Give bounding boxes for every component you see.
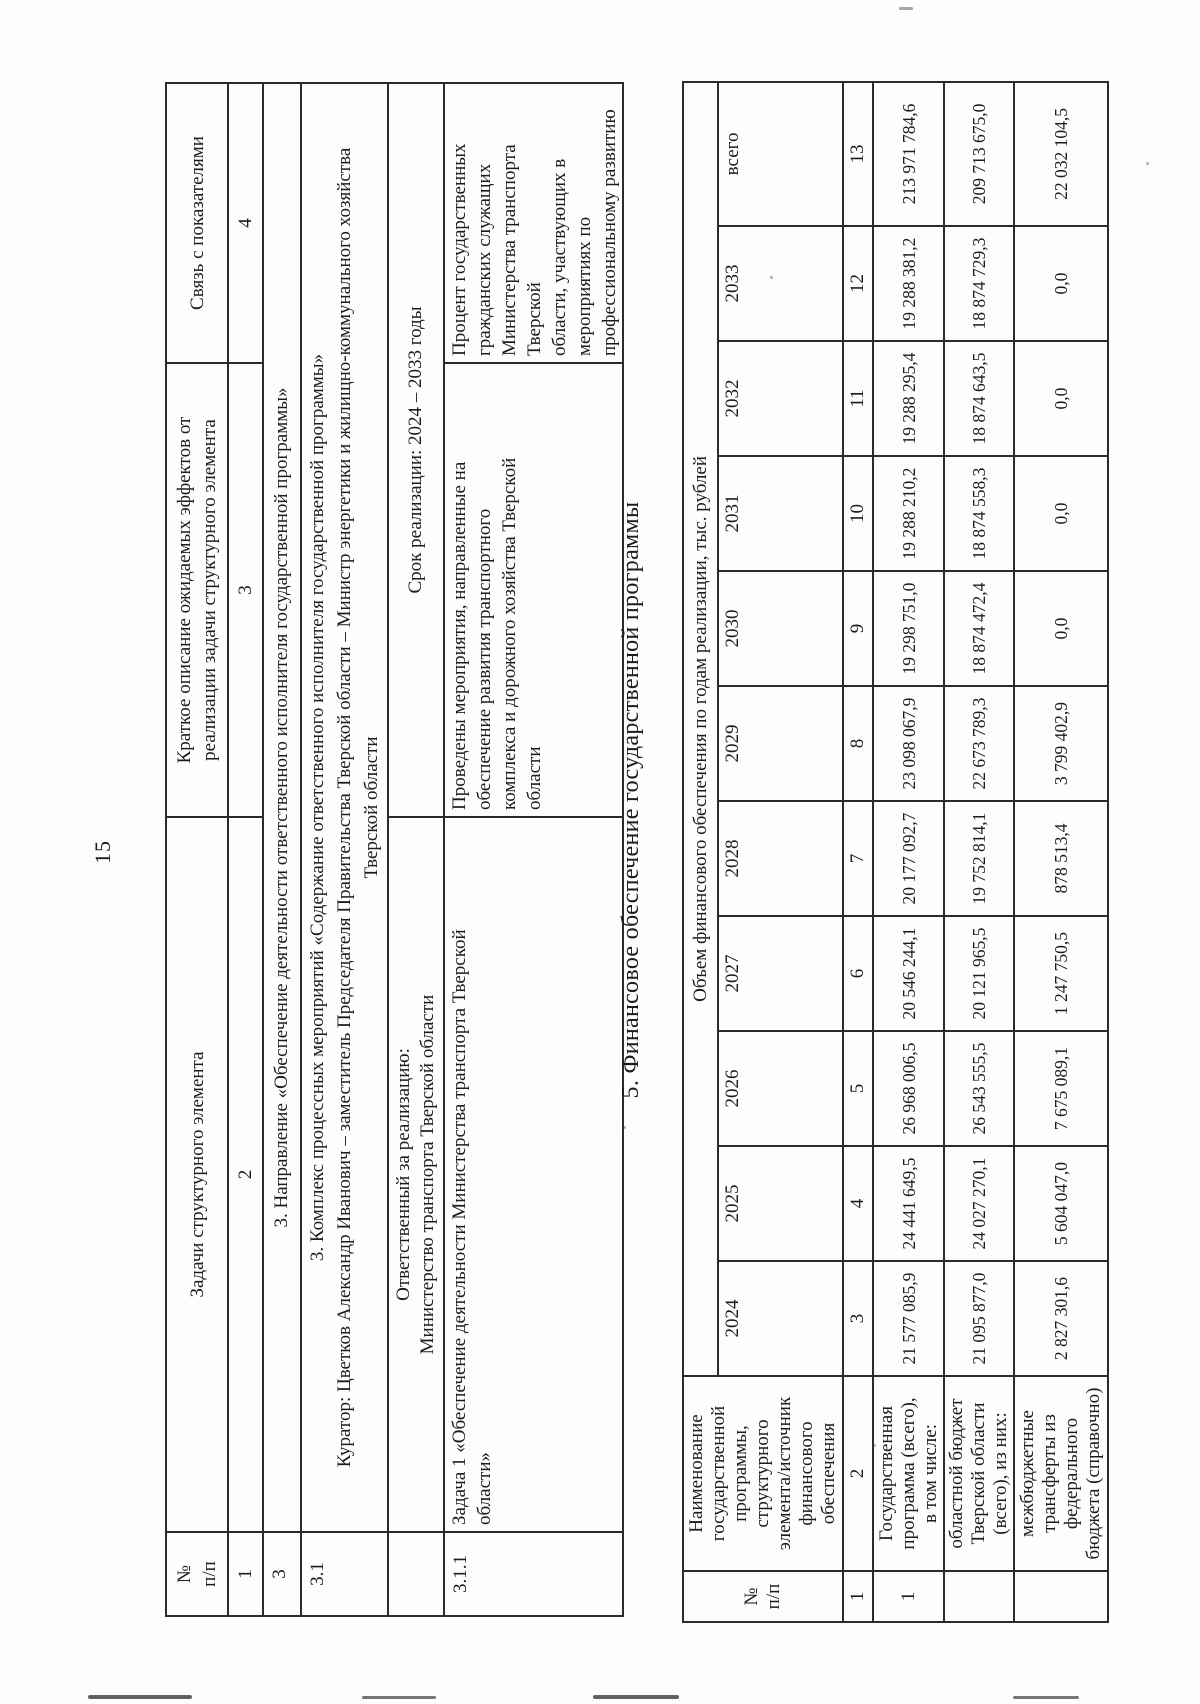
responsible-row: Ответственный за реализацию: Министерств…: [388, 83, 444, 1616]
value-cell: 18 874 472,4: [944, 571, 1014, 686]
value-cell: 23 098 067,9: [873, 686, 944, 801]
scan-artifact: [899, 7, 913, 10]
t1-header-tasks: Задачи структурного элемента: [166, 817, 228, 1532]
responsible-executor: Ответственный за реализацию: Министерств…: [388, 817, 444, 1532]
value-cell: 21 095 877,0: [944, 1261, 1014, 1376]
t2-colnum: 10: [843, 456, 873, 571]
t2-colnum: 5: [843, 1031, 873, 1146]
table2-span-header-row: № п/п Наименование государственной прогр…: [683, 82, 718, 1622]
row-label: областной бюджет Тверской области (всего…: [944, 1376, 1014, 1571]
t2-colnum: 12: [843, 226, 873, 341]
value-cell: 18 874 558,3: [944, 456, 1014, 571]
value-cell: 20 546 244,1: [873, 916, 944, 1031]
value-cell: 0,0: [1014, 571, 1108, 686]
value-cell: 24 027 270,1: [944, 1146, 1014, 1261]
value-cell: 26 968 006,5: [873, 1031, 944, 1146]
structural-elements-table: № п/п Задачи структурного элемента Кратк…: [165, 82, 624, 1617]
direction-title: 3. Направление «Обеспечение деятельности…: [263, 83, 301, 1532]
regional-budget-row: областной бюджет Тверской области (всего…: [944, 82, 1014, 1622]
value-cell: 24 441 649,5: [873, 1146, 944, 1261]
value-cell: 1 247 750,5: [1014, 916, 1108, 1031]
t1-colnum-2: 2: [228, 817, 263, 1532]
t1-colnum-3: 3: [228, 363, 263, 817]
year-2032: 2032: [718, 341, 843, 456]
value-cell: 26 543 555,5: [944, 1031, 1014, 1146]
table1-header-row: № п/п Задачи структурного элемента Кратк…: [166, 83, 228, 1616]
value-cell: 3 799 402,9: [1014, 686, 1108, 801]
t1-header-num: № п/п: [166, 1532, 228, 1616]
complex-number: 3.1: [301, 1532, 388, 1616]
table1-column-numbers-row: 1 2 3 4: [228, 83, 263, 1616]
t2-colnum: 2: [843, 1376, 873, 1571]
row-num-empty: [944, 1571, 1014, 1622]
t1-colnum-1: 1: [228, 1532, 263, 1616]
t2-colnum: 3: [843, 1261, 873, 1376]
financial-support-table: № п/п Наименование государственной прогр…: [682, 81, 1109, 1623]
row-num: 1: [873, 1571, 944, 1622]
value-cell: 2 827 301,6: [1014, 1261, 1108, 1376]
value-cell: 19 288 381,2: [873, 226, 944, 341]
row-label: Государственная программа (всего), в том…: [873, 1376, 944, 1571]
task-indicators: Процент государственных гражданских служ…: [444, 83, 623, 363]
table2-column-numbers-row: 1 2 3 4 5 6 7 8 9 10 11 12 13: [843, 82, 873, 1622]
value-cell: 213 971 784,6: [873, 82, 944, 226]
t1-header-effects: Краткое описание ожидаемых эффектов от р…: [166, 363, 228, 817]
t2-header-num: № п/п: [683, 1571, 843, 1622]
value-cell: 22 673 789,3: [944, 686, 1014, 801]
year-2025: 2025: [718, 1146, 843, 1261]
scan-artifact: [770, 276, 773, 279]
value-cell: 18 874 643,5: [944, 341, 1014, 456]
federal-transfers-row: межбюджетные трансферты из федерального …: [1014, 82, 1108, 1622]
t2-colnum: 8: [843, 686, 873, 801]
program-total-row: 1 Государственная программа (всего), в т…: [873, 82, 944, 1622]
year-2027: 2027: [718, 916, 843, 1031]
year-2029: 2029: [718, 686, 843, 801]
year-2033: 2033: [718, 226, 843, 341]
value-cell: 19 752 814,1: [944, 801, 1014, 916]
year-2031: 2031: [718, 456, 843, 571]
value-cell: 18 874 729,3: [944, 226, 1014, 341]
t1-header-indicators: Связь с показателями: [166, 83, 228, 363]
scan-artifact: [1013, 1696, 1079, 1699]
t2-colnum: 13: [843, 82, 873, 226]
scanned-document-page: 15 № п/п Задачи структурного элемента Кр…: [0, 0, 1200, 1704]
implementation-period: Срок реализации: 2024 – 2033 годы: [388, 83, 444, 817]
year-2024: 2024: [718, 1261, 843, 1376]
scan-artifact: [1146, 162, 1149, 165]
scan-artifact: [873, 1444, 876, 1447]
t2-header-name: Наименование государственной программы, …: [683, 1376, 843, 1571]
direction-number: 3: [263, 1532, 301, 1616]
t2-colnum: 4: [843, 1146, 873, 1261]
complex-title-and-curator: 3. Комплекс процессных мероприятий «Соде…: [301, 83, 388, 1532]
year-total: всего: [718, 82, 843, 226]
row-label: межбюджетные трансферты из федерального …: [1014, 1376, 1108, 1571]
value-cell: 20 177 092,7: [873, 801, 944, 916]
scan-artifact: [362, 1696, 436, 1699]
value-cell: 878 513,4: [1014, 801, 1108, 916]
value-cell: 7 675 089,1: [1014, 1031, 1108, 1146]
t2-colnum: 9: [843, 571, 873, 686]
t2-colnum: 11: [843, 341, 873, 456]
direction-row: 3 3. Направление «Обеспечение деятельнос…: [263, 83, 301, 1616]
t1-colnum-4: 4: [228, 83, 263, 363]
year-2026: 2026: [718, 1031, 843, 1146]
t2-colnum: 6: [843, 916, 873, 1031]
scan-artifact: [88, 1695, 192, 1699]
value-cell: 0,0: [1014, 226, 1108, 341]
page-number: 15: [90, 802, 116, 902]
rotated-landscape-content: 15 № п/п Задачи структурного элемента Кр…: [0, 0, 1200, 1704]
value-cell: 19 298 751,0: [873, 571, 944, 686]
task-number: 3.1.1: [444, 1532, 623, 1616]
task-effects: Проведены мероприятия, направленные на о…: [444, 363, 623, 817]
t2-header-volume: Объем финансового обеспечения по годам р…: [683, 82, 718, 1376]
complex-row: 3.1 3. Комплекс процессных мероприятий «…: [301, 83, 388, 1616]
value-cell: 21 577 085,9: [873, 1261, 944, 1376]
value-cell: 22 032 104,5: [1014, 82, 1108, 226]
value-cell: 19 288 210,2: [873, 456, 944, 571]
responsible-num-empty: [388, 1532, 444, 1616]
value-cell: 209 713 675,0: [944, 82, 1014, 226]
section-heading: 5. Финансовое обеспечение государственно…: [618, 100, 645, 1500]
task-row: 3.1.1 Задача 1 «Обеспечение деятельности…: [444, 83, 623, 1616]
value-cell: 0,0: [1014, 341, 1108, 456]
row-num-empty: [1014, 1571, 1108, 1622]
t2-colnum: 7: [843, 801, 873, 916]
value-cell: 5 604 047,0: [1014, 1146, 1108, 1261]
value-cell: 19 288 295,4: [873, 341, 944, 456]
value-cell: 20 121 965,5: [944, 916, 1014, 1031]
year-2030: 2030: [718, 571, 843, 686]
scan-artifact: [623, 1126, 626, 1129]
year-2028: 2028: [718, 801, 843, 916]
t2-colnum: 1: [843, 1571, 873, 1622]
task-title: Задача 1 «Обеспечение деятельности Минис…: [444, 817, 623, 1532]
scan-artifact: [593, 1695, 679, 1699]
value-cell: 0,0: [1014, 456, 1108, 571]
